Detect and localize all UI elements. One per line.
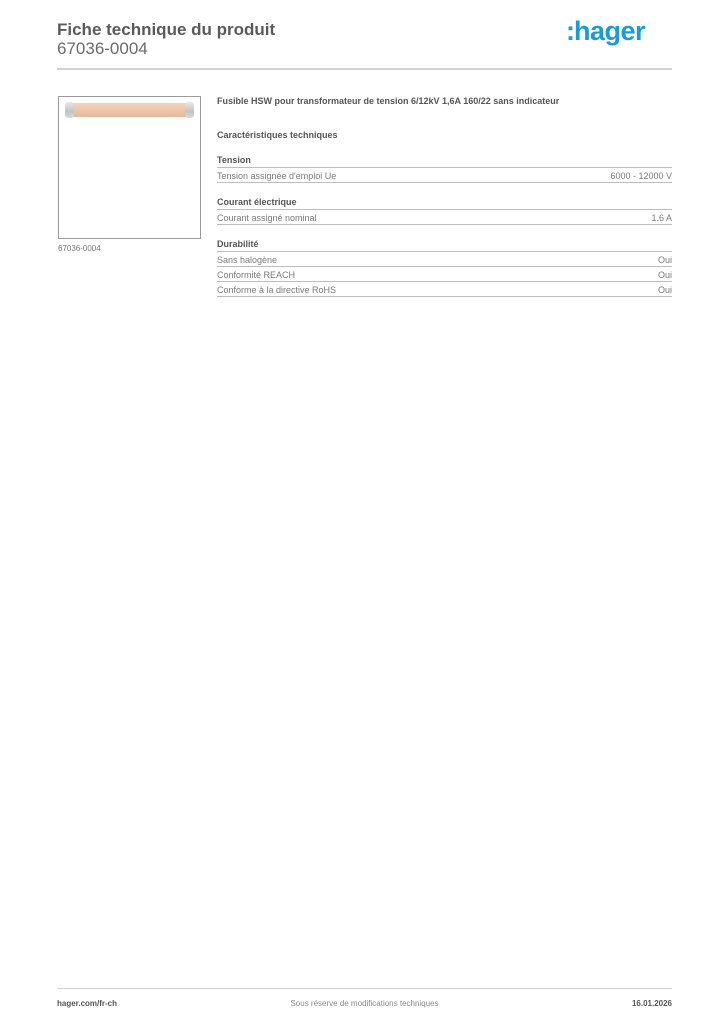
fuse-cap-right: [185, 102, 194, 118]
logo-text: hager: [574, 16, 645, 46]
spec-value: Oui: [658, 269, 672, 281]
header-divider: [57, 68, 672, 70]
spec-value: 6000 - 12000 V: [610, 170, 672, 182]
image-caption: 67036-0004: [58, 244, 101, 253]
spec-group-title: Courant électrique: [217, 197, 672, 210]
spec-group-tension: Tension Tension assignée d'emploi Ue 600…: [217, 155, 672, 183]
fuse-image: [65, 102, 194, 118]
product-code: 67036-0004: [57, 39, 148, 59]
spec-label: Conformité REACH: [217, 269, 295, 281]
product-description: Fusible HSW pour transformateur de tensi…: [217, 96, 672, 107]
spec-value: Oui: [658, 284, 672, 296]
spec-group-durabilite: Durabilité Sans halogène Oui Conformité …: [217, 239, 672, 297]
spec-group-title: Durabilité: [217, 239, 672, 252]
spec-row: Conformité REACH Oui: [217, 267, 672, 282]
spec-label: Sans halogène: [217, 254, 277, 266]
spec-group-title: Tension: [217, 155, 672, 168]
spec-value: 1.6 A: [651, 212, 672, 224]
spec-label: Courant assigné nominal: [217, 212, 317, 224]
product-image-frame: [58, 96, 201, 239]
footer-date: 16.01.2026: [632, 999, 672, 1009]
spec-row: Courant assigné nominal 1.6 A: [217, 210, 672, 225]
spec-label: Conforme à la directive RoHS: [217, 284, 336, 296]
hager-logo: :hager: [566, 16, 645, 46]
spec-row: Tension assignée d'emploi Ue 6000 - 1200…: [217, 168, 672, 183]
product-details: Fusible HSW pour transformateur de tensi…: [217, 96, 672, 297]
footer-divider: [57, 988, 672, 989]
fuse-body: [71, 103, 188, 117]
specs-section-title: Caractéristiques techniques: [217, 130, 672, 141]
logo-prefix: :: [566, 16, 574, 46]
page-title: Fiche technique du produit: [57, 20, 275, 40]
footer-disclaimer: Sous réserve de modifications techniques: [57, 999, 672, 1009]
spec-label: Tension assignée d'emploi Ue: [217, 170, 336, 182]
spec-row: Conforme à la directive RoHS Oui: [217, 282, 672, 297]
spec-row: Sans halogène Oui: [217, 252, 672, 267]
fuse-cap-left: [65, 102, 74, 118]
spec-group-courant: Courant électrique Courant assigné nomin…: [217, 197, 672, 225]
spec-value: Oui: [658, 254, 672, 266]
